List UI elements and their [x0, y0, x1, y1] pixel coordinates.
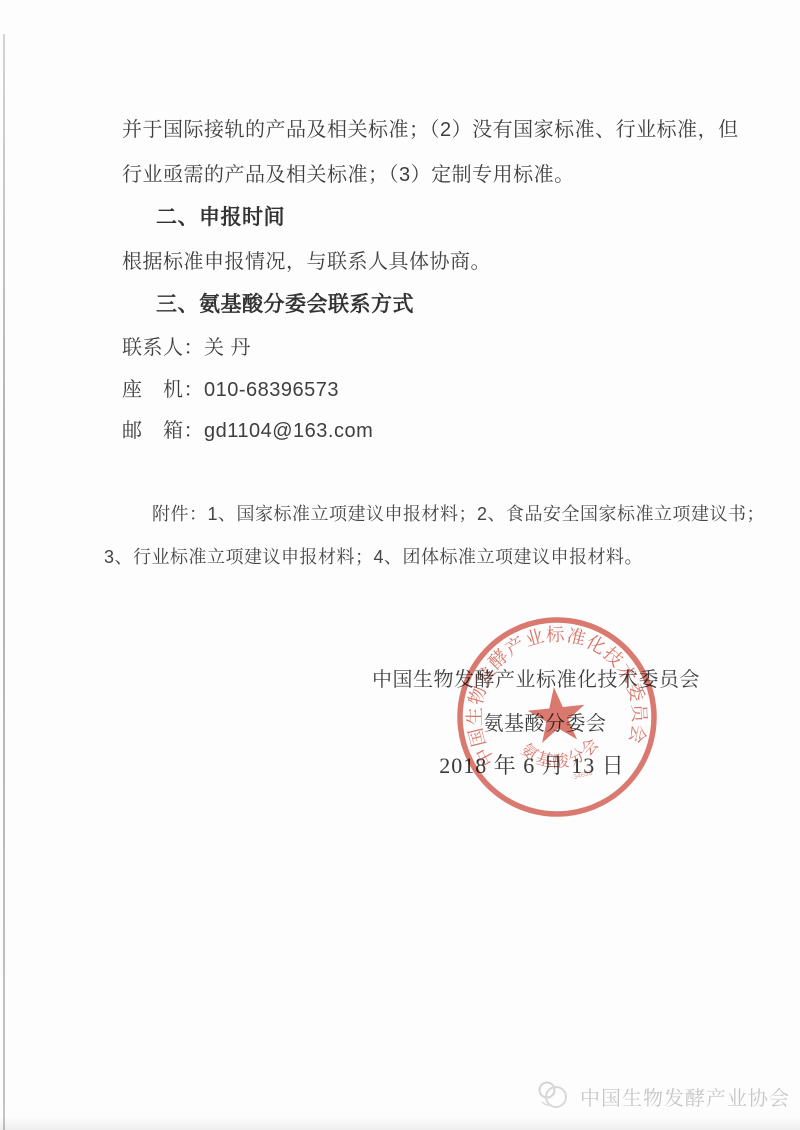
attachment-note-line-2: 3、行业标准立项建议申报材料；4、团体标准立项建议申报材料。 — [104, 542, 643, 572]
footer-brand-text: 中国生物发酵产业协会 — [580, 1082, 790, 1111]
body-paragraph-3: 根据标准申报情况，与联系人具体协商。 — [122, 247, 491, 277]
seal-star-icon — [526, 684, 588, 744]
scan-edge-line — [3, 34, 5, 1130]
official-seal: 中国生物发酵产业标准化技术委员会 氨基酸分会 ·34698 — [447, 605, 667, 825]
page-bottom-shadow — [0, 1116, 800, 1130]
body-paragraph-line-2: 行业亟需的产品及相关标准；（3）定制专用标准。 — [122, 160, 575, 190]
seal-serial-text: ·34698 — [570, 770, 593, 782]
association-logo-icon — [536, 1080, 570, 1112]
body-paragraph-line-1: 并于国际接轨的产品及相关标准；（2）没有国家标准、行业标准，但 — [122, 115, 739, 145]
contact-email-line: 邮 箱：gd1104@163.com — [122, 416, 373, 446]
footer-brand: 中国生物发酵产业协会 — [536, 1080, 790, 1112]
document-page: 并于国际接轨的产品及相关标准；（2）没有国家标准、行业标准，但 行业亟需的产品及… — [0, 0, 800, 1130]
section-heading-3: 三、氨基酸分委会联系方式 — [156, 290, 414, 320]
attachment-note-line-1: 附件：1、国家标准立项建议申报材料；2、食品安全国家标准立项建议书； — [152, 499, 765, 529]
contact-person-line: 联系人：关 丹 — [122, 333, 251, 363]
seal-bottom-text: 氨基酸分会 — [516, 732, 606, 775]
contact-phone-line: 座 机：010-68396573 — [122, 375, 339, 405]
section-heading-2: 二、申报时间 — [156, 203, 285, 233]
